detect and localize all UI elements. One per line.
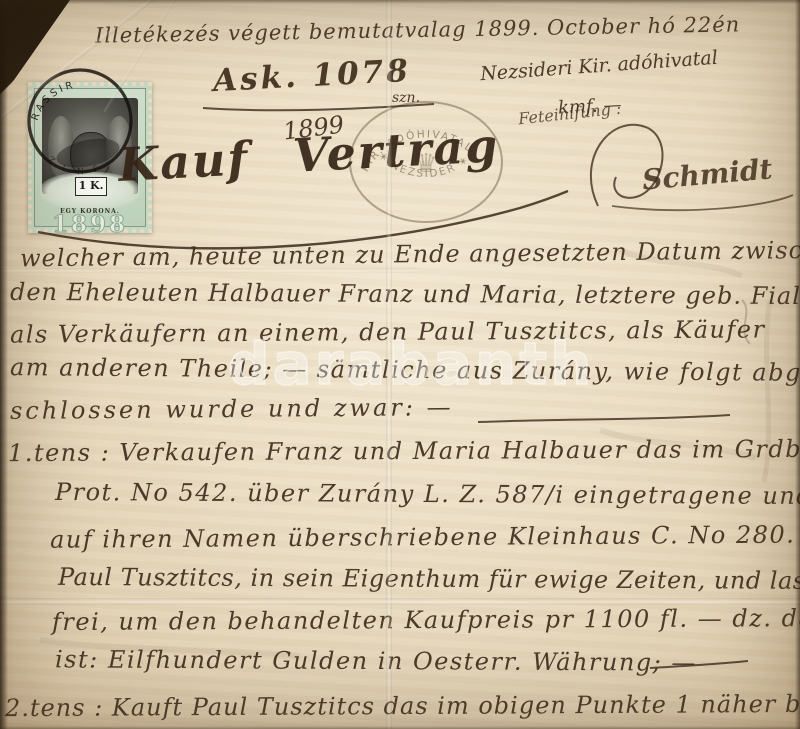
- page-edge: [0, 0, 800, 4]
- page-edge: [795, 0, 800, 729]
- manuscript-line: Paul Tusztitcs, in sein Eigenthum für ew…: [58, 563, 800, 595]
- manuscript-line: 2.tens : Kauft Paul Tusztitcs das im obi…: [5, 690, 800, 722]
- file-number-suffix: szn.: [392, 90, 420, 106]
- manuscript-line: den Eheleuten Halbauer Franz und Maria, …: [10, 278, 800, 310]
- scanned-document: 1 K. EGY KORONA. 1898 RASSIR Z L N F KIR…: [0, 0, 800, 729]
- horizontal-fold-crease: [0, 598, 800, 605]
- page-edge: [0, 0, 8, 729]
- manuscript-line: frei, um den behandelten Kaufpreis pr 11…: [52, 604, 800, 636]
- watermark-text: darabanth: [228, 330, 594, 398]
- upper-fold-crease: [0, 268, 420, 273]
- manuscript-line: ist: Eilfhundert Gulden in Oesterr. Währ…: [55, 645, 697, 676]
- manuscript-line: Prot. No 542. über Zurány L. Z. 587/i ei…: [55, 478, 800, 510]
- manuscript-line: 1.tens : Verkaufen Franz und Maria Halba…: [8, 435, 800, 467]
- manuscript-line: auf ihren Namen überschriebene Kleinhaus…: [50, 520, 800, 553]
